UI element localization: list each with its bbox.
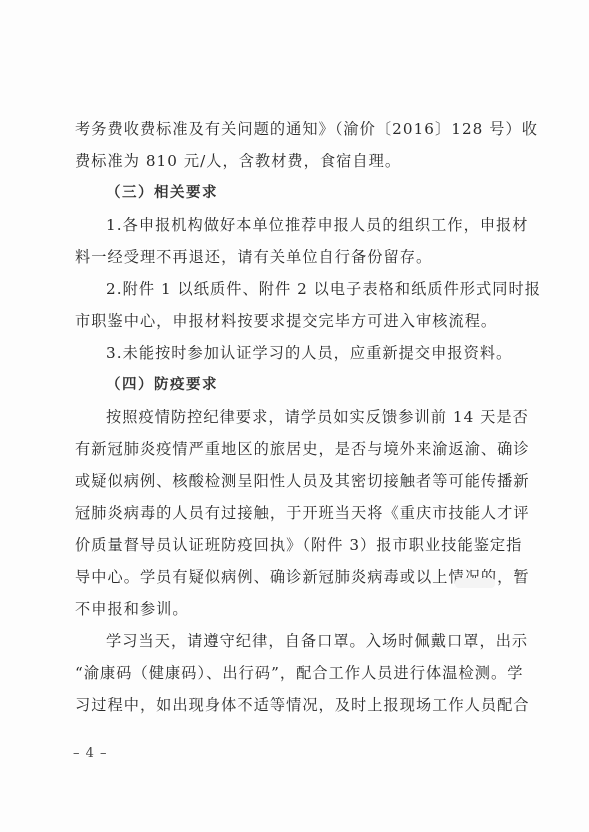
paragraph-line: 价质量督导员认证班防疫回执》（附件 3）报市职业技能鉴定指: [75, 535, 515, 555]
requirement-item-3: 3.未能按时参加认证学习的人员，应重新提交申报资料。: [106, 343, 546, 363]
paragraph-line: 或疑似病例、核酸检测呈阳性人员及其密切接触者等可能传播新: [75, 471, 515, 491]
paragraph-line: 费标准为 810 元/人，含教材费，食宿自理。: [75, 151, 515, 171]
paragraph-line: 考务费收费标准及有关问题的通知》（渝价〔2016〕128 号）收: [75, 119, 515, 139]
paragraph-line: 学习当天，请遵守纪律，自备口罩。入场时佩戴口罩，出示: [106, 631, 546, 651]
section-heading-3: （三）相关要求: [106, 183, 546, 203]
paragraph-line: “渝康码（健康码）、出行码”，配合工作人员进行体温检测。学: [75, 663, 515, 683]
section-heading-4: （四）防疫要求: [106, 375, 546, 395]
paragraph-line: 导中心。学员有疑似病例、确诊新冠肺炎病毒或以上情况的，暂: [75, 567, 515, 587]
scan-artifact: [455, 578, 495, 588]
document-page: 考务费收费标准及有关问题的通知》（渝价〔2016〕128 号）收 费标准为 81…: [0, 0, 589, 832]
paragraph-line: 有新冠肺炎疫情严重地区的旅居史，是否与境外来渝返渝、确诊: [75, 439, 515, 459]
page-number: – 4 –: [73, 746, 108, 761]
requirement-item-2: 2.附件 1 以纸质件、附件 2 以电子表格和纸质件形式同时报: [106, 279, 546, 299]
paragraph-line: 料一经受理不再退还，请有关单位自行备份留存。: [75, 247, 515, 267]
paragraph-line: 不申报和参训。: [75, 599, 515, 619]
paragraph-line: 习过程中，如出现身体不适等情况，及时上报现场工作人员配合: [75, 695, 515, 715]
requirement-item-1: 1.各申报机构做好本单位推荐申报人员的组织工作，申报材: [106, 215, 546, 235]
paragraph-line: 按照疫情防控纪律要求，请学员如实反馈参训前 14 天是否: [106, 407, 546, 427]
paragraph-line: 冠肺炎病毒的人员有过接触，于开班当天将《重庆市技能人才评: [75, 503, 515, 523]
paragraph-line: 市职鉴中心，申报材料按要求提交完毕方可进入审核流程。: [75, 311, 515, 331]
